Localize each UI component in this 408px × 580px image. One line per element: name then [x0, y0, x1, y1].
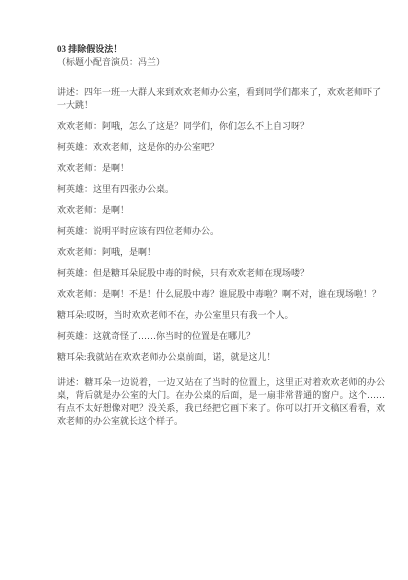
dialogue-line: 糖耳朵:哎呀，当时欢欢老师不在，办公室里只有我一个人。	[57, 309, 385, 322]
dialogue-line: 讲述：四年一班一大群人来到欢欢老师办公室，看到同学们都来了，欢欢老师吓了一大跳！	[57, 86, 385, 112]
dialogue-line: 欢欢老师：阿哦，是啊！	[57, 246, 385, 259]
dialogue-line: 柯英雄：这就奇怪了……你当时的位置是在哪儿？	[57, 330, 385, 343]
dialogue-line: 欢欢老师：是啊！不是！什么屁股中毒？谁屁股中毒啦？啊不对，谁在现场啦！？	[57, 288, 385, 301]
dialogue-line: 欢欢老师：是啊！	[57, 162, 385, 175]
dialogue-list: 讲述：四年一班一大群人来到欢欢老师办公室，看到同学们都来了，欢欢老师吓了一大跳！…	[57, 86, 385, 364]
dialogue-line: 糖耳朵:我就站在欢欢老师办公桌前面，诺，就是这儿！	[57, 351, 385, 364]
dialogue-line: 柯英雄：但是糖耳朵屁股中毒的时候，只有欢欢老师在现场喽？	[57, 267, 385, 280]
dialogue-line: 柯英雄：欢欢老师，这是你的办公室吧？	[57, 141, 385, 154]
dialogue-line: 欢欢老师：阿哦，怎么了这是？同学们，你们怎么不上自习呀？	[57, 120, 385, 133]
closing-narration: 讲述：糖耳朵一边说着，一边又站在了当时的位置上，这里正对着欢欢老师的办公桌，背后…	[57, 376, 385, 428]
voice-actor-credit: （标题小配音演员：冯兰）	[57, 56, 385, 69]
document-title: 03 排除假设法！	[57, 43, 385, 56]
dialogue-line: 欢欢老师：是啊！	[57, 204, 385, 217]
dialogue-line: 柯英雄：说明平时应该有四位老师办公。	[57, 225, 385, 238]
script-document-page: 03 排除假设法！ （标题小配音演员：冯兰） 讲述：四年一班一大群人来到欢欢老师…	[0, 0, 408, 580]
dialogue-line: 柯英雄：这里有四张办公桌。	[57, 183, 385, 196]
